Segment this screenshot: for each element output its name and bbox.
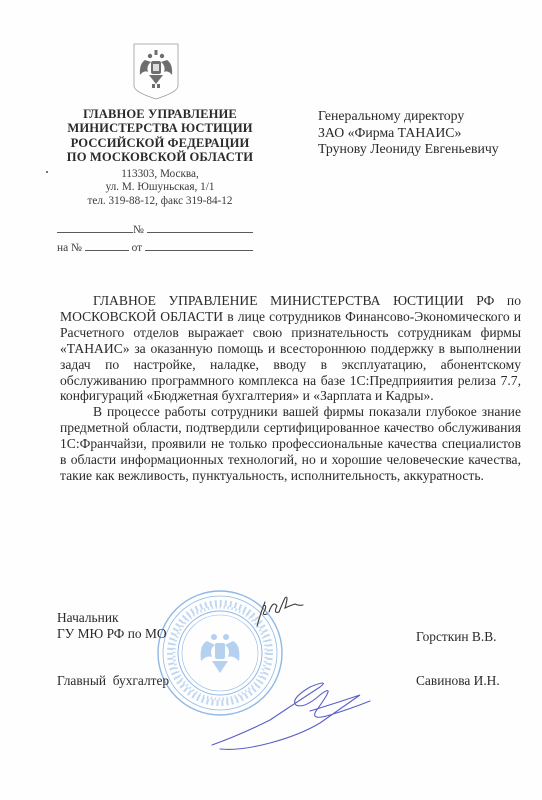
from-label: от bbox=[132, 242, 143, 254]
position-line: ГУ МЮ РФ по МО bbox=[57, 626, 167, 642]
addressee-block: Генеральному директору ЗАО «Фирма ТАНАИС… bbox=[318, 108, 533, 158]
accountant-signature-icon bbox=[210, 665, 390, 755]
addressee-line: ЗАО «Фирма ТАНАИС» bbox=[318, 125, 533, 142]
body-paragraph: ГЛАВНОЕ УПРАВЛЕНИЕ МИНИСТЕРСТВА ЮСТИЦИИ … bbox=[60, 293, 521, 404]
address-line: тел. 319-88-12, факс 319-84-12 bbox=[40, 195, 280, 208]
org-name-line: МИНИСТЕРСТВА ЮСТИЦИИ bbox=[40, 121, 280, 135]
director-name: Горсткин В.В. bbox=[416, 629, 497, 645]
letter-body: ГЛАВНОЕ УПРАВЛЕНИЕ МИНИСТЕРСТВА ЮСТИЦИИ … bbox=[60, 293, 521, 484]
addressee-line: Генеральному директору bbox=[318, 108, 533, 125]
director-position: Начальник ГУ МЮ РФ по МО bbox=[57, 610, 167, 642]
reply-date-blank bbox=[145, 240, 253, 251]
address-line: ул. М. Юшуньская, 1/1 bbox=[40, 181, 280, 194]
number-blank bbox=[147, 222, 253, 233]
address-line: 113303, Москва, bbox=[40, 168, 280, 181]
director-signature-icon bbox=[255, 592, 305, 632]
organization-name: ГЛАВНОЕ УПРАВЛЕНИЕ МИНИСТЕРСТВА ЮСТИЦИИ … bbox=[40, 107, 280, 165]
number-sign: № bbox=[133, 224, 144, 236]
org-name-line: РОССИЙСКОЙ ФЕДЕРАЦИИ bbox=[40, 136, 280, 150]
accountant-position: Главный бухгалтер bbox=[57, 673, 169, 689]
outgoing-number-line: № bbox=[57, 222, 253, 236]
letter-page: ГЛАВНОЕ УПРАВЛЕНИЕ МИНИСТЕРСТВА ЮСТИЦИИ … bbox=[0, 0, 542, 800]
reply-number-blank bbox=[85, 240, 129, 251]
addressee-line: Трунову Леониду Евгеньевичу bbox=[318, 141, 533, 158]
org-name-line: ГЛАВНОЕ УПРАВЛЕНИЕ bbox=[40, 107, 280, 121]
org-name-line: ПО МОСКОВСКОЙ ОБЛАСТИ bbox=[40, 150, 280, 164]
coat-of-arms-icon bbox=[131, 42, 181, 100]
date-blank bbox=[57, 222, 133, 233]
position-line: Главный бухгалтер bbox=[57, 673, 169, 689]
reply-to-line: на № от bbox=[57, 240, 253, 254]
position-line: Начальник bbox=[57, 610, 167, 626]
reply-prefix: на № bbox=[57, 242, 82, 254]
organization-address: 113303, Москва, ул. М. Юшуньская, 1/1 те… bbox=[40, 168, 280, 208]
accountant-name: Савинова И.Н. bbox=[416, 673, 500, 689]
body-paragraph: В процессе работы сотрудники вашей фирмы… bbox=[60, 404, 521, 484]
